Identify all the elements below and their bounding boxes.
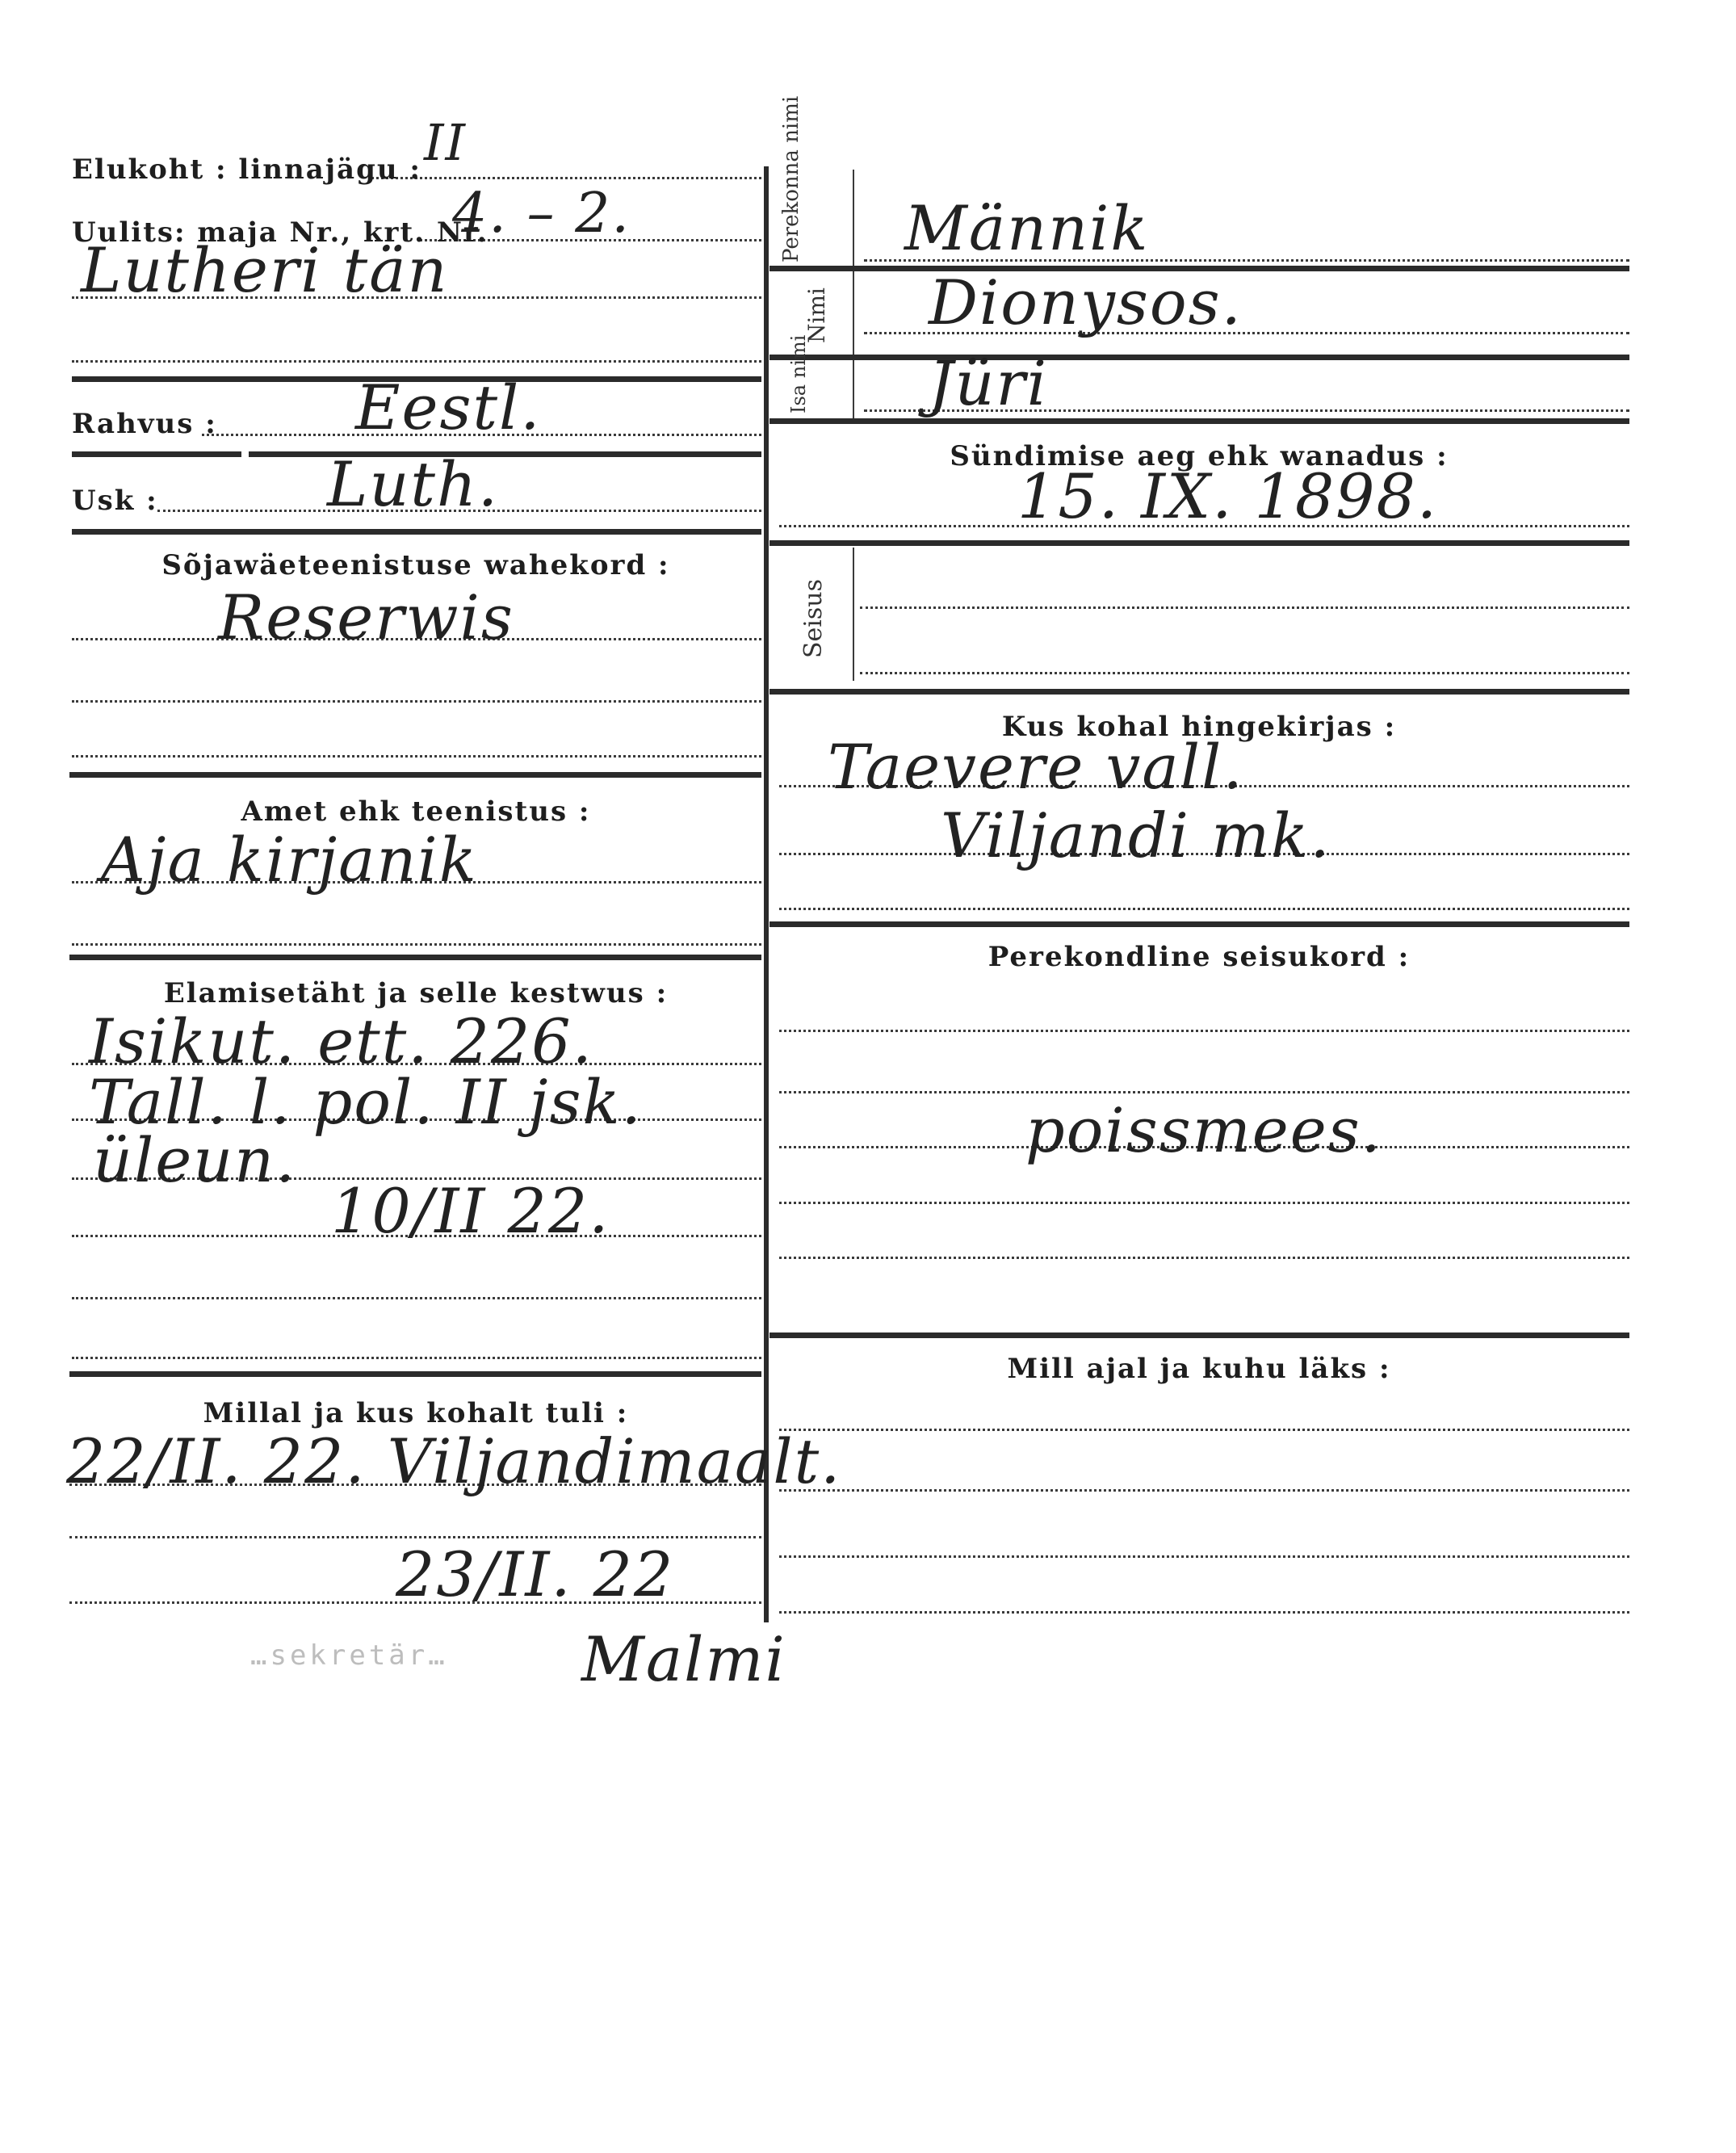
rule-after-usk [72, 529, 761, 535]
sojavae-value: Reserwis [218, 581, 514, 653]
label-col-divider-seisus [853, 548, 854, 681]
lahkus-line-4 [779, 1611, 1629, 1614]
sundimise-value: 15. IX. 1898. [1017, 460, 1438, 532]
millal-tuli-label: Millal ja kus kohalt tuli : [203, 1397, 629, 1429]
perekondline-line-1 [779, 1030, 1629, 1032]
faded-stamp: …sekretär… [250, 1639, 448, 1672]
rahvus-value: Eestl. [355, 371, 541, 443]
uulits-number: 4. – 2. [452, 182, 631, 246]
elamise-line-5 [72, 1297, 761, 1299]
perekonna-nimi-label: Perekonna nimi [779, 96, 803, 262]
perekondline-line-4 [779, 1202, 1629, 1204]
elamise-line-6 [72, 1357, 761, 1359]
seisus-line-1 [860, 606, 1629, 609]
lahkus-line-3 [779, 1555, 1629, 1558]
perekondline-line-5 [779, 1257, 1629, 1259]
address-line-2 [72, 360, 761, 363]
sojavae-line-3 [72, 755, 761, 758]
elukoht-label: Elukoht : linnajägu : [72, 153, 421, 186]
lahkus-label: Mill ajal ja kuhu läks : [1007, 1353, 1390, 1385]
rule-after-hingekirjas [769, 921, 1629, 927]
usk-value: Luth. [327, 448, 499, 520]
rule-after-perekondline [769, 1333, 1629, 1338]
rule-after-amet [69, 955, 761, 960]
elamise-line-text-4: 10/II 22. [331, 1175, 610, 1247]
seisus-label: Seisus [799, 579, 828, 658]
amet-value: Aja kirjanik [101, 824, 478, 896]
rule-after-isa-nimi [769, 418, 1629, 424]
elamise-line-text-3: üleun. [93, 1124, 296, 1196]
perekondline-value: poissmees. [1025, 1094, 1382, 1166]
rule-after-nimi [769, 355, 1629, 360]
hingekirjas-line-3 [779, 908, 1629, 910]
isa-nimi-value: Jüri [929, 347, 1048, 419]
amet-line-2 [72, 943, 761, 946]
lahkus-line-2 [779, 1489, 1629, 1492]
millal-tuli-value: 22/II. 22. Viljandimaalt. [66, 1425, 841, 1497]
rule-after-seisus [769, 689, 1629, 695]
lahkus-line-1 [779, 1429, 1629, 1431]
perekondline-label: Perekondline seisukord : [988, 941, 1410, 973]
rule-after-sojavae [69, 772, 761, 778]
hingekirjas-line-text-1: Taevere vall. [828, 731, 1243, 803]
uulits-street: Lutheri tän [81, 234, 448, 306]
rule-after-elamise [69, 1371, 761, 1377]
registered-date: 23/II. 22 [396, 1538, 674, 1610]
usk-label: Usk : [72, 485, 158, 517]
sojavae-line-2 [72, 700, 761, 703]
elukoht-line [371, 177, 761, 179]
nimi-value: Dionysos. [929, 267, 1243, 338]
label-col-divider-top [853, 170, 854, 418]
rule-after-rahvus-b [249, 451, 761, 457]
isa-nimi-label: Isa nimi [787, 335, 810, 413]
elukoht-value: II [424, 113, 467, 172]
amet-label: Amet ehk teenistus : [241, 795, 591, 828]
sojavae-label: Sõjawäeteenistuse wahekord : [161, 549, 669, 581]
perekondline-line-2 [779, 1091, 1629, 1093]
seisus-line-2 [860, 672, 1629, 674]
center-divider [764, 166, 769, 1622]
elamise-label: Elamisetäht ja selle kestwus : [164, 977, 668, 1009]
rule-after-rahvus-a [72, 451, 241, 457]
rahvus-label: Rahvus : [72, 408, 217, 440]
hingekirjas-line-text-2: Viljandi mk. [941, 800, 1331, 871]
rule-after-sundimise [769, 540, 1629, 546]
official-signature: Malmi [581, 1623, 786, 1695]
perekonna-nimi-value: Männik [904, 192, 1149, 264]
